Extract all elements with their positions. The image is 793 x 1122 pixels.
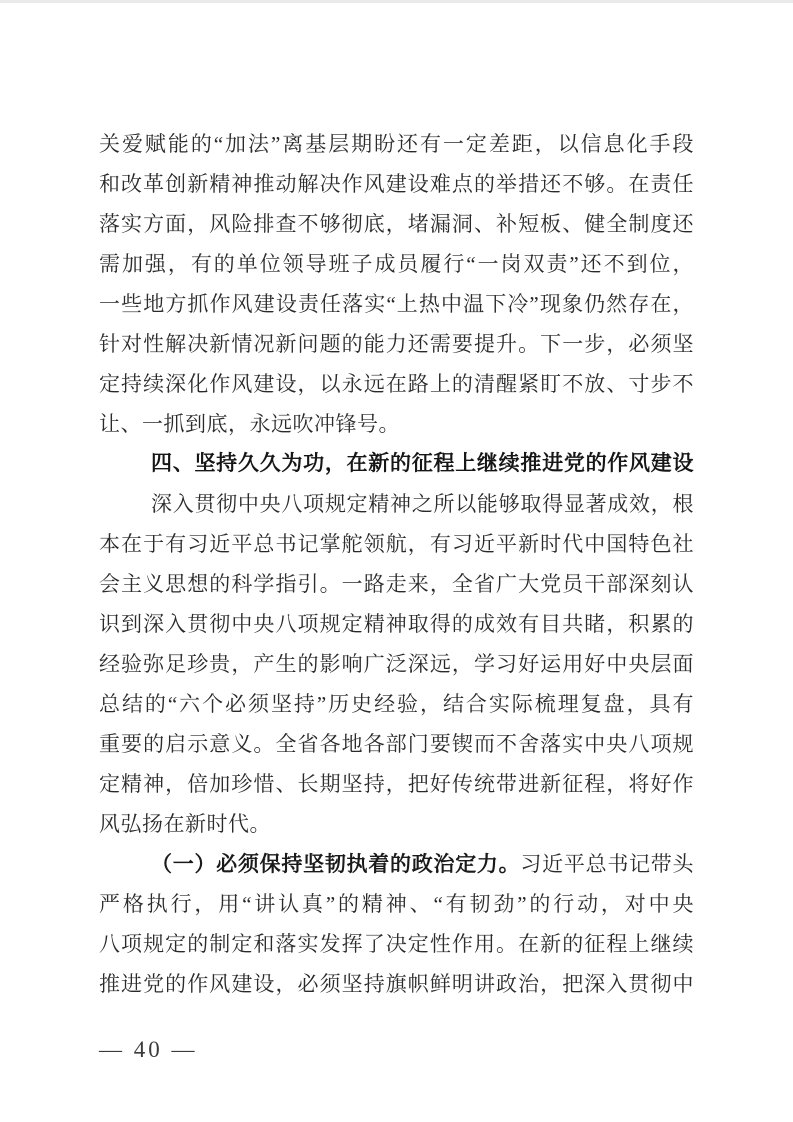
text-line: 落实方面，风险排查不够彻底，堵漏洞、补短板、健全制度还 [99,204,694,244]
page-number: — 40 — [99,1030,198,1070]
text-line: 八项规定的制定和落实发挥了决定性作用。在新的征程上继续 [99,924,694,964]
text-line: 风弘扬在新时代。 [99,804,694,844]
text-line: 定精神，倍加珍惜、长期坚持，把好传统带进新征程，将好作 [99,764,694,804]
text-line: 推进党的作风建设，必须坚持旗帜鲜明讲政治，把深入贯彻中 [99,964,694,1004]
document-page: 关爱赋能的“加法”离基层期盼还有一定差距，以信息化手段 和改革创新精神推动解决作… [0,0,793,1122]
text-line: 经验弥足珍贵，产生的影响广泛深远，学习好运用好中央层面 [99,644,694,684]
text-line: 针对性解决新情况新问题的能力还需要提升。下一步，必须坚 [99,324,694,364]
text-line: 深入贯彻中央八项规定精神之所以能够取得显著成效，根 [99,484,694,524]
text-line: 重要的启示意义。全省各地各部门要锲而不舍落实中央八项规 [99,724,694,764]
scan-edge [0,0,793,3]
text-line: 和改革创新精神推动解决作风建设难点的举措还不够。在责任 [99,164,694,204]
text-line: 关爱赋能的“加法”离基层期盼还有一定差距，以信息化手段 [99,124,694,164]
text-line: 需加强，有的单位领导班子成员履行“一岗双责”还不到位， [99,244,694,284]
section-heading: 四、坚持久久为功，在新的征程上继续推进党的作风建设 [99,444,694,484]
text-line: 识到深入贯彻中央八项规定精神取得的成效有目共睹，积累的 [99,604,694,644]
text-line: 定持续深化作风建设，以永远在路上的清醒紧盯不放、寸步不 [99,364,694,404]
text-line: 一些地方抓作风建设责任落实“上热中温下冷”现象仍然存在， [99,284,694,324]
text-line: 严格执行，用“讲认真”的精神、“有韧劲”的行动，对中央 [99,884,694,924]
text-line: 总结的“六个必须坚持”历史经验，结合实际梳理复盘，具有 [99,684,694,724]
text-run: 习近平总书记带头 [520,852,694,876]
text-line: （一）必须保持坚韧执着的政治定力。习近平总书记带头 [99,844,694,884]
text-line: 本在于有习近平总书记掌舵领航，有习近平新时代中国特色社 [99,524,694,564]
subheading-bold-lead: （一）必须保持坚韧执着的政治定力。 [151,852,520,876]
text-line: 让、一抓到底，永远吹冲锋号。 [99,404,694,444]
text-block: 关爱赋能的“加法”离基层期盼还有一定差距，以信息化手段 和改革创新精神推动解决作… [99,124,694,1004]
text-line: 会主义思想的科学指引。一路走来，全省广大党员干部深刻认 [99,564,694,604]
